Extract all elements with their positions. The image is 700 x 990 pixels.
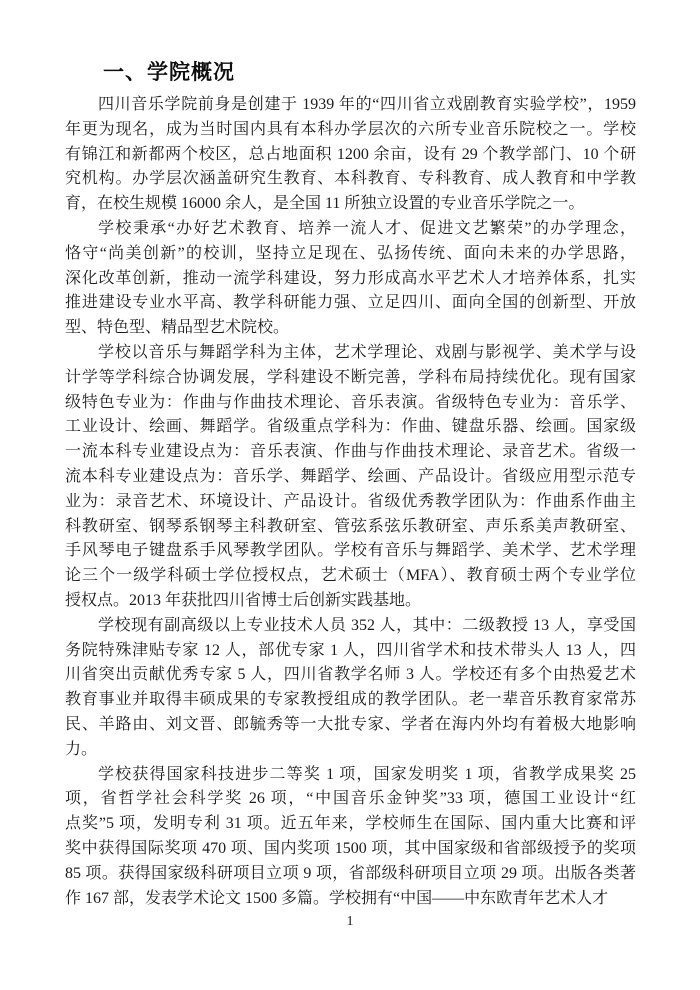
text-line: 深化改革创新，推动一流学科建设，努力形成高水平艺术人才培养体系，扎实 <box>65 267 636 292</box>
text-line: 工业设计、绘画、舞蹈学。省级重点学科为：作曲、键盘乐器、绘画。国家级 <box>65 415 636 440</box>
text-line: 级特色专业为：作曲与作曲技术理论、音乐表演。省级特色专业为：音乐学、 <box>65 391 636 416</box>
page-number: 1 <box>0 913 700 931</box>
text-line: 流本科专业建设点为：音乐学、舞蹈学、绘画、产品设计。省级应用型示范专 <box>65 465 636 490</box>
text-line: 推进建设专业水平高、教学科研能力强、立足四川、面向全国的创新型、开放 <box>65 291 636 316</box>
text-line: 有锦江和新都两个校区，总占地面积 1200 余亩，设有 29 个教学部门、10 … <box>65 143 636 168</box>
text-line: 授权点。2013 年获批四川省博士后创新实践基地。 <box>65 589 636 614</box>
text-line: 型、特色型、精品型艺术院校。 <box>65 316 636 341</box>
text-line: 究机构。办学层次涵盖研究生教育、本科教育、专科教育、成人教育和中学教 <box>65 167 636 192</box>
text-line: 85 项。获得国家级科研项目立项 9 项，省部级科研项目立项 29 项。出版各类… <box>65 862 636 887</box>
text-line: 科教研室、钢琴系钢琴主科教研室、管弦系弦乐教研室、声乐系美声教研室、 <box>65 515 636 540</box>
text-line: 点奖”5 项，发明专利 31 项。近五年来，学校师生在国际、国内重大比赛和评 <box>65 812 636 837</box>
text-line: 民、羊路由、刘文晋、郎毓秀等一大批专家、学者在海内外均有着极大地影响 <box>65 713 636 738</box>
section-heading: 一、学院概况 <box>103 59 235 86</box>
text-line: 川省突出贡献优秀专家 5 人，四川省教学名师 3 人。学校还有多个由热爱艺术 <box>65 663 636 688</box>
text-line: 恪守“尚美创新”的校训，坚持立足现在、弘扬传统、面向未来的办学思路， <box>65 242 636 267</box>
text-line: 论三个一级学科硕士学位授权点，艺术硕士（MFA）、教育硕士两个专业学位 <box>65 564 636 589</box>
text-line: 计学等学科综合协调发展，学科建设不断完善，学科布局持续优化。现有国家 <box>65 366 636 391</box>
text-line: 学校秉承“办好艺术教育、培养一流人才、促进文艺繁荣”的办学理念， <box>65 217 636 242</box>
body-text: 四川音乐学院前身是创建于 1939 年的“四川省立戏剧教育实验学校”，1959年… <box>65 93 636 911</box>
text-line: 四川音乐学院前身是创建于 1939 年的“四川省立戏剧教育实验学校”，1959 <box>65 93 636 118</box>
text-line: 力。 <box>65 738 636 763</box>
text-line: 奖中获得国际奖项 470 项、国内奖项 1500 项，其中国家级和省部级授予的奖… <box>65 837 636 862</box>
text-line: 学校现有副高级以上专业技术人员 352 人，其中：二级教授 13 人，享受国 <box>65 614 636 639</box>
text-line: 学校以音乐与舞蹈学科为主体，艺术学理论、戏剧与影视学、美术学与设 <box>65 341 636 366</box>
text-line: 育，在校生规模 16000 余人，是全国 11 所独立设置的专业音乐学院之一。 <box>65 192 636 217</box>
text-line: 一流本科专业建设点为：音乐表演、作曲与作曲技术理论、录音艺术。省级一 <box>65 440 636 465</box>
text-line: 作 167 部，发表学术论文 1500 多篇。学校拥有“中国——中东欧青年艺术人… <box>65 887 636 912</box>
text-line: 学校获得国家科技进步二等奖 1 项，国家发明奖 1 项，省教学成果奖 25 <box>65 763 636 788</box>
document-page: 一、学院概况 四川音乐学院前身是创建于 1939 年的“四川省立戏剧教育实验学校… <box>0 0 700 990</box>
text-line: 年更为现名，成为当时国内具有本科办学层次的六所专业音乐院校之一。学校 <box>65 118 636 143</box>
text-line: 教育事业并取得丰硕成果的专家教授组成的教学团队。老一辈音乐教育家常苏 <box>65 688 636 713</box>
text-line: 务院特殊津贴专家 12 人，部优专家 1 人，四川省学术和技术带头人 13 人，… <box>65 639 636 664</box>
text-line: 业为：录音艺术、环境设计、产品设计。省级优秀教学团队为：作曲系作曲主 <box>65 490 636 515</box>
text-line: 项，省哲学社会科学奖 26 项，“中国音乐金钟奖”33 项，德国工业设计“红 <box>65 787 636 812</box>
text-line: 手风琴电子键盘系手风琴教学团队。学校有音乐与舞蹈学、美术学、艺术学理 <box>65 539 636 564</box>
